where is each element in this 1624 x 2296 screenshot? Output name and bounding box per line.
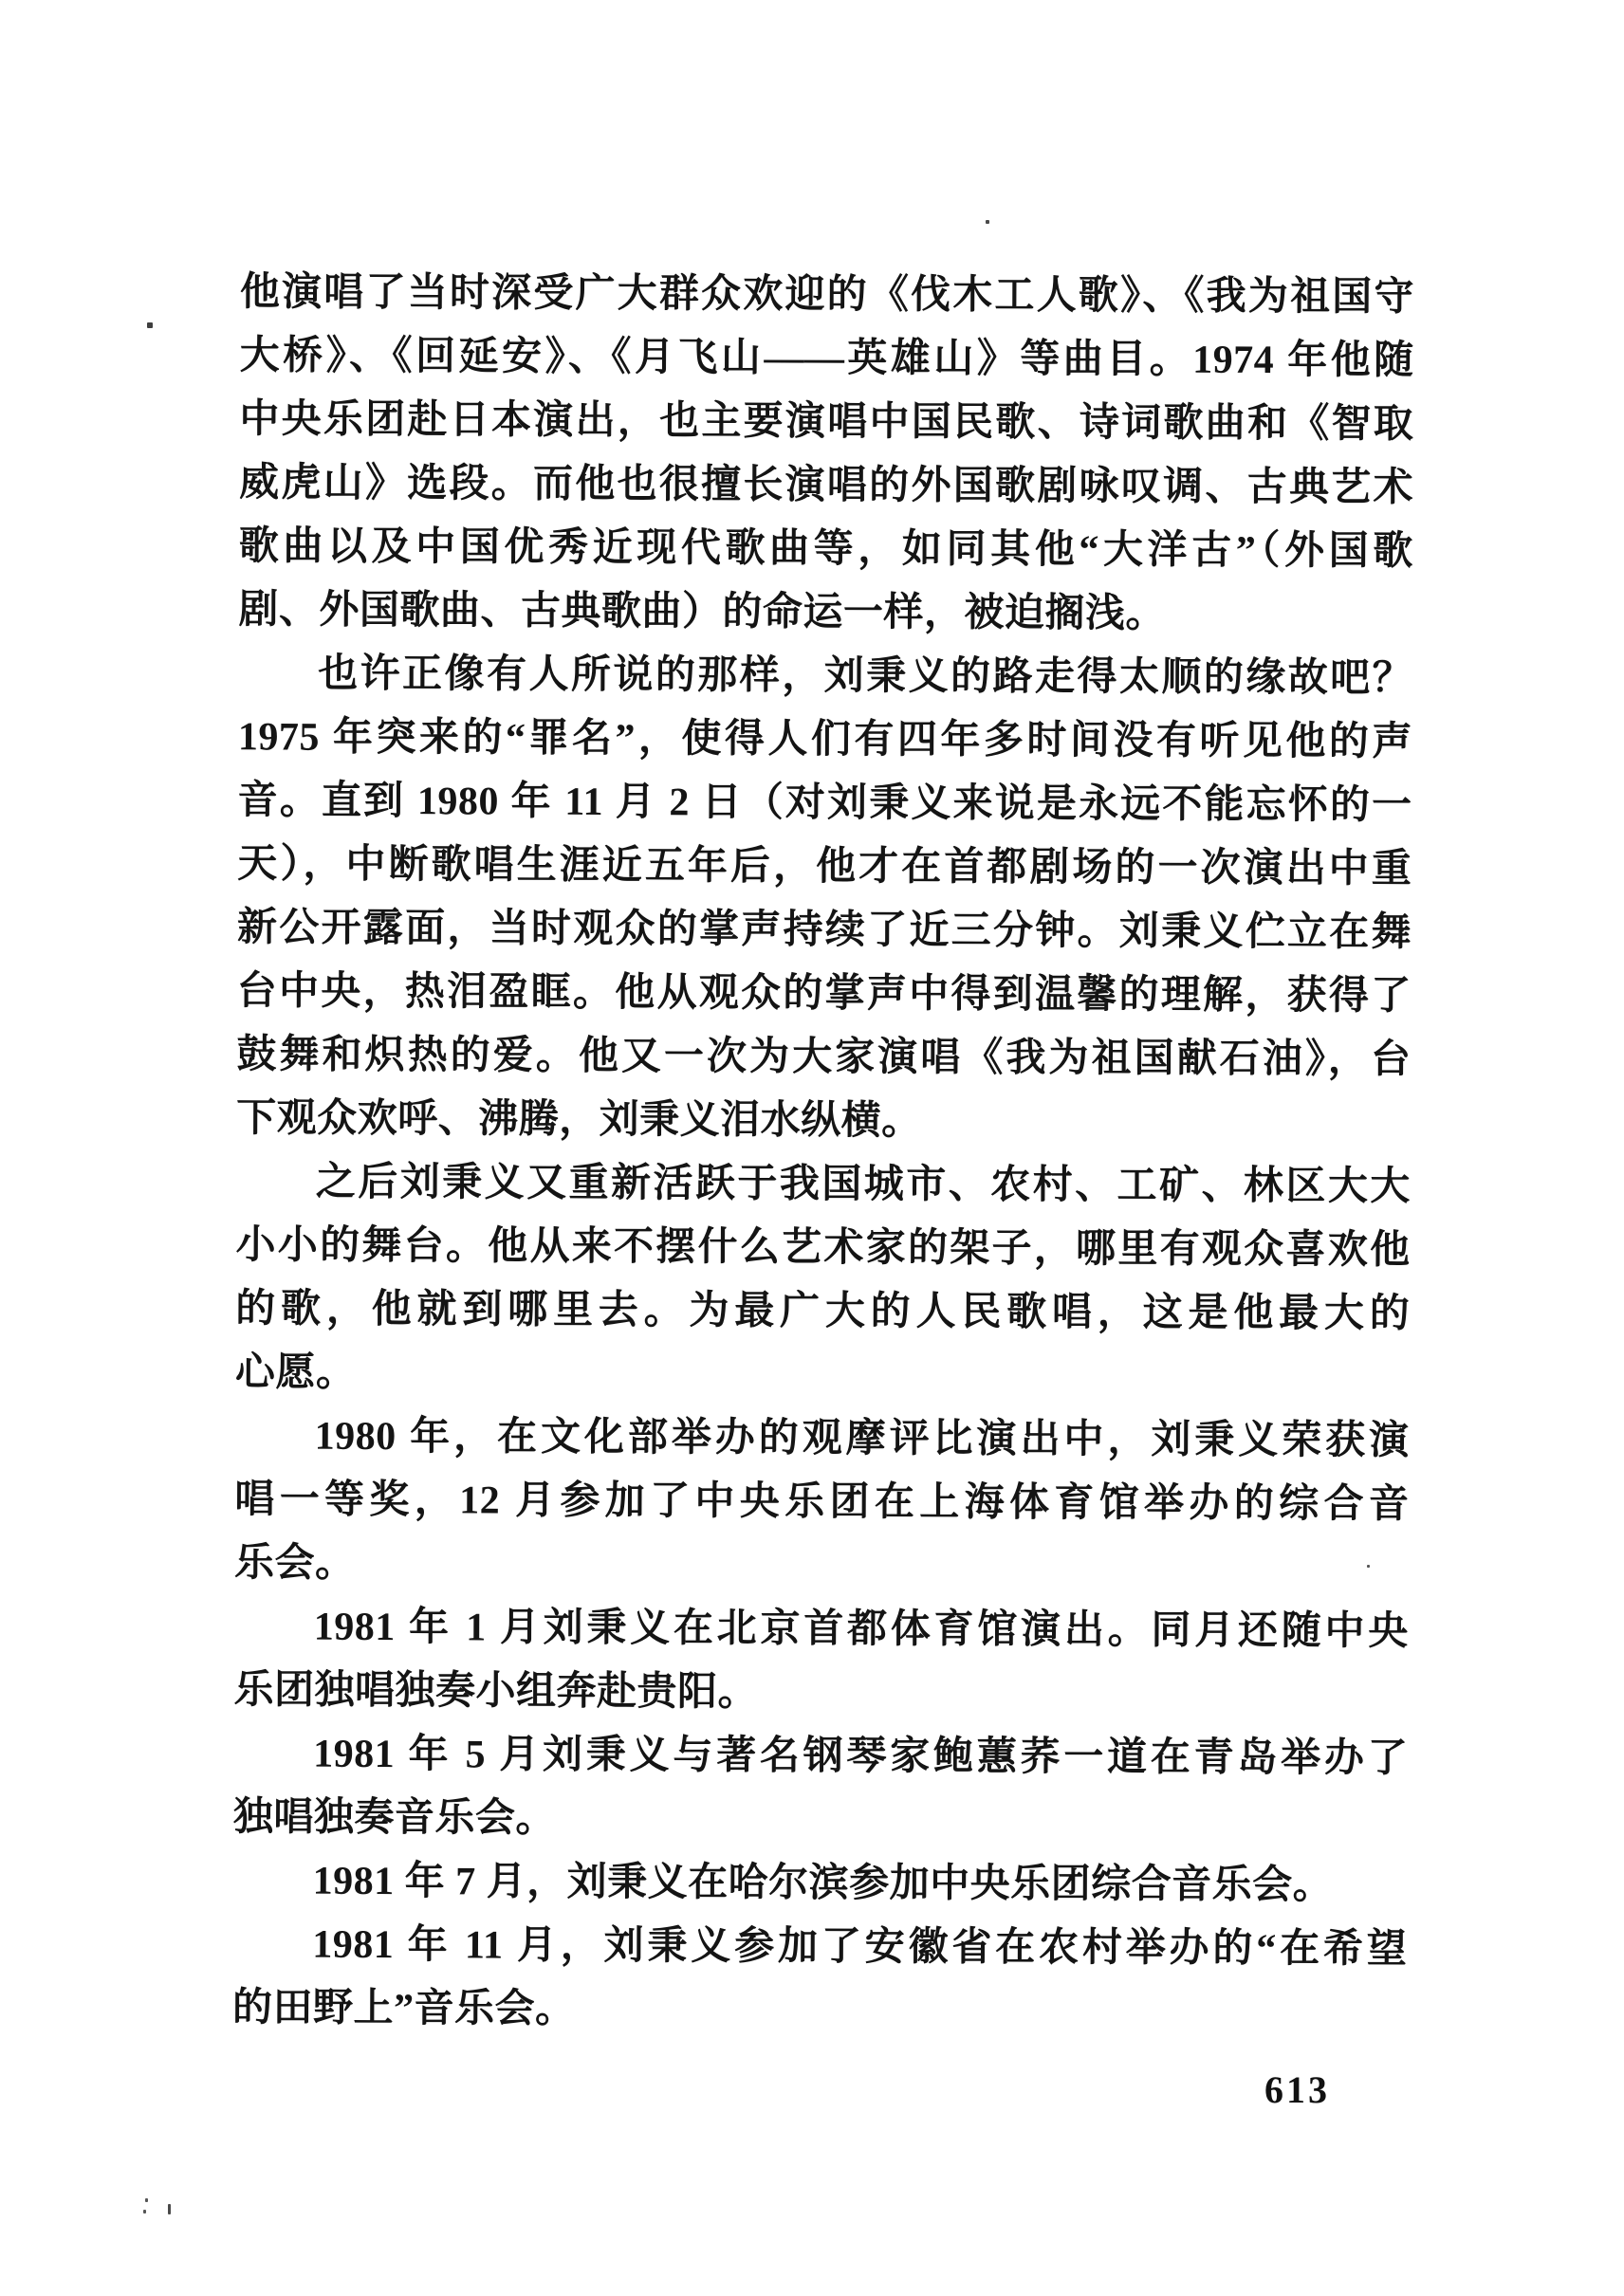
text-line: 台中央，热泪盈眶。他从观众的掌声中得到温馨的理解，获得了: [237, 960, 1412, 1028]
book-page: 他演唱了当时深受广大群众欢迎的《伐木工人歌》、《我为祖国守大桥》、《回延安》、《…: [0, 0, 1624, 2296]
text-line: 1975 年突来的“罪名”，使得人们有四年多时间没有听见他的声: [238, 706, 1412, 774]
text-line: 1980 年，在文化部举办的观摩评比演出中，刘秉义荣获演: [235, 1405, 1410, 1473]
text-line: 音。直到 1980 年 11 月 2 日（对刘秉义来说是永远不能忘怀的一: [237, 769, 1412, 837]
text-line: 乐团独唱独奏小组奔赴贵阳。: [233, 1659, 1408, 1727]
text-line: 1981 年 7 月，刘秉义在哈尔滨参加中央乐团综合音乐会。: [232, 1849, 1407, 1918]
paragraph: 之后刘秉义又重新活跃于我国城市、农村、工矿、林区大大小小的舞台。他从来不摆什么艺…: [235, 1150, 1411, 1409]
text-line: 他演唱了当时深受广大群众欢迎的《伐木工人歌》、《我为祖国守: [240, 261, 1414, 329]
paragraph: 1980 年，在文化部举办的观摩评比演出中，刘秉义荣获演唱一等奖，12 月参加了…: [234, 1405, 1410, 1600]
text-line: 剧、外国歌曲、古典歌曲）的命运一样，被迫搁浅。: [238, 579, 1412, 647]
text-line: 心愿。: [235, 1341, 1410, 1409]
text-line: 1981 年 5 月刘秉义与著名钢琴家鲍蕙荞一道在青岛举办了: [233, 1722, 1408, 1791]
text-line: 乐会。: [234, 1532, 1409, 1600]
text-line: 小小的舞台。他从来不摆什么艺术家的架子，哪里有观众喜欢他: [235, 1214, 1410, 1282]
text-line: 独唱独奏音乐会。: [233, 1786, 1408, 1854]
paragraph: 1981 年 7 月，刘秉义在哈尔滨参加中央乐团综合音乐会。: [232, 1849, 1407, 1918]
scan-artifact-tick: [168, 2204, 171, 2214]
paragraph: 他演唱了当时深受广大群众欢迎的《伐木工人歌》、《我为祖国守大桥》、《回延安》、《…: [238, 261, 1414, 647]
scan-artifact-dot: [143, 2210, 146, 2213]
text-line: 鼓舞和炽热的爱。他又一次为大家演唱《我为祖国献石油》，台: [236, 1023, 1411, 1092]
paragraph: 1981 年 1 月刘秉义在北京首都体育馆演出。同月还随中央乐团独唱独奏小组奔赴…: [233, 1595, 1409, 1727]
text-line: 中央乐团赴日本演出，也主要演唱中国民歌、诗词歌曲和《智取: [239, 388, 1413, 456]
text-line: 也许正像有人所说的那样，刘秉义的路走得太顺的缘故吧？: [238, 642, 1412, 710]
scan-artifact-dot: [145, 2198, 148, 2202]
text-line: 唱一等奖，12 月参加了中央乐团在上海体育馆举办的综合音: [234, 1468, 1409, 1536]
text-line: 的歌，他就到哪里去。为最广大的人民歌唱，这是他最大的: [235, 1277, 1410, 1346]
text-line: 天），中断歌唱生涯近五年后，他才在首都剧场的一次演出中重: [237, 833, 1412, 901]
text-line: 1981 年 11 月，刘秉义参加了安徽省在农村举办的“在希望: [232, 1913, 1407, 1981]
text-line: 新公开露面，当时观众的掌声持续了近三分钟。刘秉义伫立在舞: [237, 896, 1412, 964]
scan-artifact-dot: [986, 220, 989, 224]
paragraph: 也许正像有人所说的那样，刘秉义的路走得太顺的缘故吧？1975 年突来的“罪名”，…: [236, 642, 1412, 1155]
paragraph: 1981 年 11 月，刘秉义参加了安徽省在农村举办的“在希望的田野上”音乐会。: [232, 1913, 1408, 2045]
scan-artifact-dot: [147, 322, 153, 328]
page-number: 613: [1264, 2067, 1330, 2112]
scan-artifact-dot: [1367, 1565, 1370, 1568]
text-line: 威虎山》选段。而他也很擅长演唱的外国歌剧咏叹调、古典艺术: [239, 451, 1413, 520]
text-line: 1981 年 1 月刘秉义在北京首都体育馆演出。同月还随中央: [234, 1595, 1409, 1663]
text-line: 下观众欢呼、沸腾，刘秉义泪水纵横。: [236, 1087, 1411, 1155]
text-block: 他演唱了当时深受广大群众欢迎的《伐木工人歌》、《我为祖国守大桥》、《回延安》、《…: [232, 261, 1414, 2045]
text-line: 之后刘秉义又重新活跃于我国城市、农村、工矿、林区大大: [236, 1150, 1411, 1219]
paragraph: 1981 年 5 月刘秉义与著名钢琴家鲍蕙荞一道在青岛举办了独唱独奏音乐会。: [233, 1722, 1409, 1854]
text-line: 大桥》、《回延安》、《月飞山——英雄山》等曲目。1974 年他随: [240, 324, 1414, 393]
text-line: 歌曲以及中国优秀近现代歌曲等，如同其他“大洋古”（外国歌: [239, 515, 1413, 583]
text-line: 的田野上”音乐会。: [232, 1976, 1407, 2045]
